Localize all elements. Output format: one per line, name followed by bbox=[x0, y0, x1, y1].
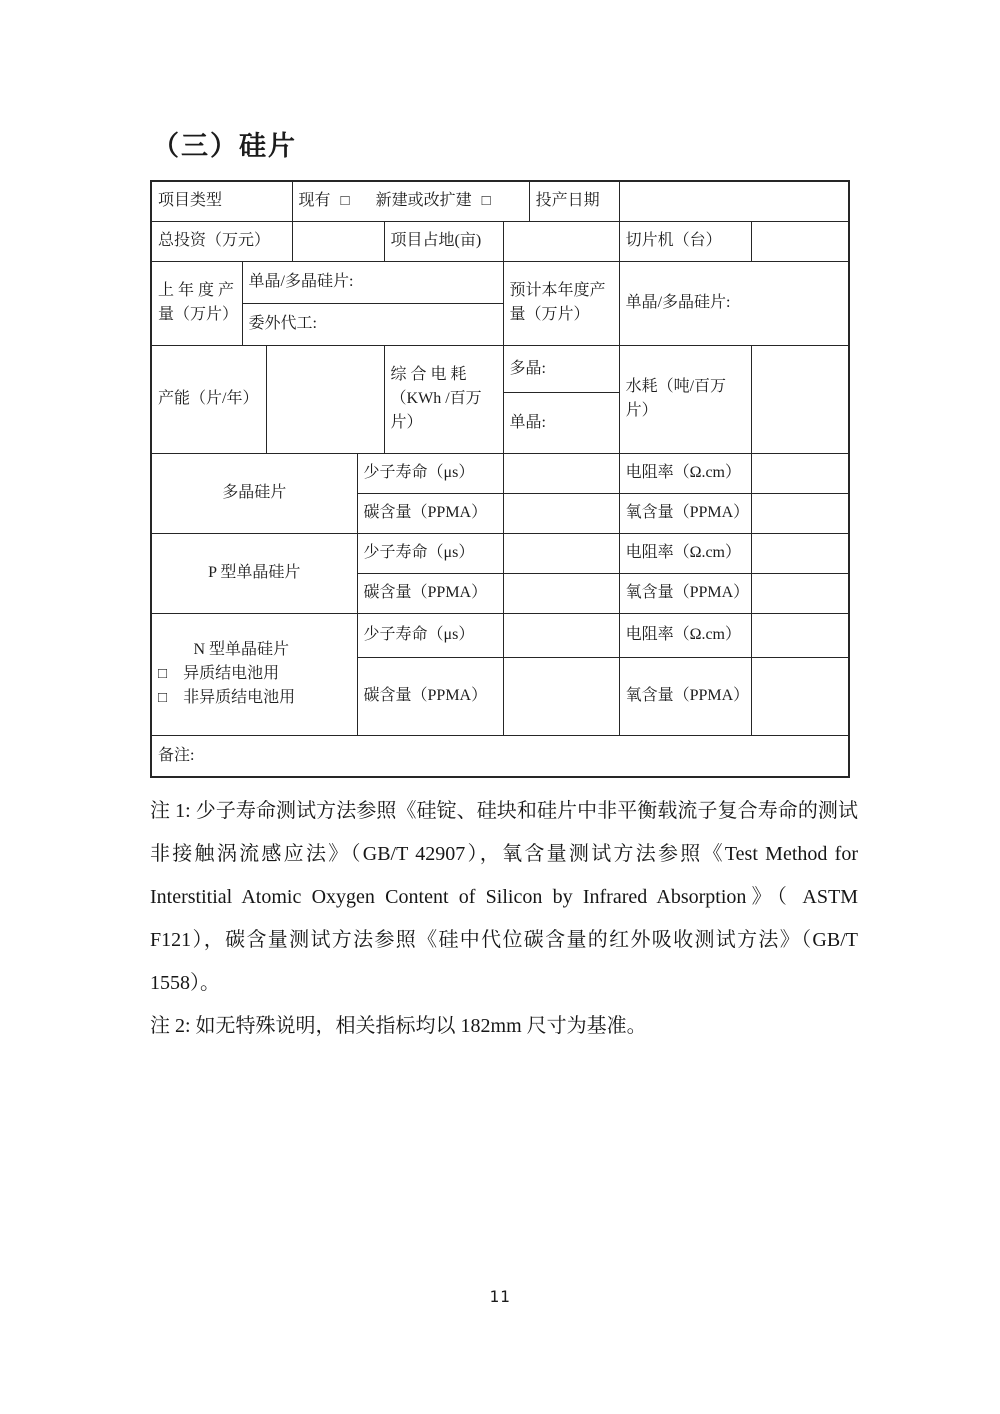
total-investment-value-cell bbox=[292, 221, 384, 261]
mono-power-value-cell: 单晶: bbox=[503, 392, 619, 453]
p-type-carbon-label: 碳含量（PPMA） bbox=[357, 573, 503, 613]
p-type-resistivity-value-cell bbox=[751, 533, 849, 573]
slicer-count-value-cell bbox=[751, 221, 849, 261]
n-type-section-label-cell: N 型单晶硅片 □异质结电池用 □非异质结电池用 bbox=[151, 613, 357, 735]
p-type-oxygen-value-cell bbox=[751, 573, 849, 613]
page-title: （三）硅片 bbox=[152, 124, 858, 163]
existing-checkbox[interactable]: □ bbox=[341, 190, 350, 213]
table-row: 产能（片/年） 综 合 电 耗 （KWh /百万 片） 多晶: 水耗（吨/百万 … bbox=[151, 345, 849, 392]
water-consumption-label: 水耗（吨/百万 片） bbox=[619, 345, 751, 453]
production-date-label: 投产日期 bbox=[529, 181, 619, 221]
notes-section: 注 1: 少子寿命测试方法参照《硅锭、硅块和硅片中非平衡载流子复合寿命的测试 非… bbox=[150, 790, 858, 1048]
project-land-value-cell bbox=[503, 221, 619, 261]
poly-wafer-section-label: 多晶硅片 bbox=[151, 453, 357, 533]
n-type-oxygen-value-cell bbox=[751, 657, 849, 735]
table-row: 上 年 度 产 量（万片） 单晶/多晶硅片: 预计本年度产 量（万片） 单晶/多… bbox=[151, 261, 849, 303]
hjt-checkbox[interactable]: □ bbox=[158, 663, 167, 686]
p-type-lifetime-label: 少子寿命（μs） bbox=[357, 533, 503, 573]
power-consumption-label: 综 合 电 耗 （KWh /百万 片） bbox=[384, 345, 503, 453]
hjt-option-label: 异质结电池用 bbox=[183, 665, 279, 682]
slicer-count-label: 切片机（台） bbox=[619, 221, 751, 261]
poly-lifetime-value-cell bbox=[503, 453, 619, 493]
hjt-option: □异质结电池用 bbox=[158, 662, 351, 686]
note-1: 注 1: 少子寿命测试方法参照《硅锭、硅块和硅片中非平衡载流子复合寿命的测试 非… bbox=[150, 790, 858, 1005]
new-or-expand-option-label: 新建或改扩建 bbox=[376, 192, 472, 209]
poly-power-value-cell: 多晶: bbox=[503, 345, 619, 392]
p-type-lifetime-value-cell bbox=[503, 533, 619, 573]
project-type-options-cell: 现有□新建或改扩建□ bbox=[292, 181, 529, 221]
non-hjt-checkbox[interactable]: □ bbox=[158, 687, 167, 710]
n-type-carbon-value-cell bbox=[503, 657, 619, 735]
poly-resistivity-value-cell bbox=[751, 453, 849, 493]
production-date-value-cell bbox=[619, 181, 849, 221]
p-type-oxygen-label: 氧含量（PPMA） bbox=[619, 573, 751, 613]
this-year-output-label: 预计本年度产 量（万片） bbox=[503, 261, 619, 345]
poly-carbon-value-cell bbox=[503, 493, 619, 533]
remarks-cell: 备注: bbox=[151, 735, 849, 777]
existing-option-label: 现有 bbox=[299, 192, 331, 209]
table-row: 项目类型 现有□新建或改扩建□ 投产日期 bbox=[151, 181, 849, 221]
outsourcing-cell: 委外代工: bbox=[242, 303, 503, 345]
n-type-resistivity-value-cell bbox=[751, 613, 849, 657]
page-number: 11 bbox=[0, 1287, 1000, 1306]
last-year-output-label: 上 年 度 产 量（万片） bbox=[151, 261, 242, 345]
poly-resistivity-label: 电阻率（Ω.cm） bbox=[619, 453, 751, 493]
project-land-label: 项目占地(亩) bbox=[384, 221, 503, 261]
project-type-label: 项目类型 bbox=[151, 181, 292, 221]
table-row: P 型单晶硅片 少子寿命（μs） 电阻率（Ω.cm） bbox=[151, 533, 849, 573]
poly-carbon-label: 碳含量（PPMA） bbox=[357, 493, 503, 533]
poly-lifetime-label: 少子寿命（μs） bbox=[357, 453, 503, 493]
table-row: 备注: bbox=[151, 735, 849, 777]
non-hjt-option-label: 非异质结电池用 bbox=[183, 689, 295, 706]
poly-oxygen-label: 氧含量（PPMA） bbox=[619, 493, 751, 533]
p-type-carbon-value-cell bbox=[503, 573, 619, 613]
new-or-expand-checkbox[interactable]: □ bbox=[482, 190, 491, 213]
n-type-carbon-label: 碳含量（PPMA） bbox=[357, 657, 503, 735]
last-year-wafer-cell: 单晶/多晶硅片: bbox=[242, 261, 503, 303]
this-year-wafer-cell: 单晶/多晶硅片: bbox=[619, 261, 849, 345]
capacity-value-cell bbox=[266, 345, 384, 453]
note-2: 注 2: 如无特殊说明，相关指标均以 182mm 尺寸为基准。 bbox=[150, 1005, 858, 1048]
p-type-resistivity-label: 电阻率（Ω.cm） bbox=[619, 533, 751, 573]
n-type-section-title: N 型单晶硅片 bbox=[158, 638, 351, 662]
n-type-lifetime-value-cell bbox=[503, 613, 619, 657]
poly-oxygen-value-cell bbox=[751, 493, 849, 533]
table-row: N 型单晶硅片 □异质结电池用 □非异质结电池用 少子寿命（μs） 电阻率（Ω.… bbox=[151, 613, 849, 657]
water-value-cell bbox=[751, 345, 849, 453]
n-type-lifetime-label: 少子寿命（μs） bbox=[357, 613, 503, 657]
table-row: 多晶硅片 少子寿命（μs） 电阻率（Ω.cm） bbox=[151, 453, 849, 493]
p-type-section-label: P 型单晶硅片 bbox=[151, 533, 357, 613]
table-row: 总投资（万元） 项目占地(亩) 切片机（台） bbox=[151, 221, 849, 261]
total-investment-label: 总投资（万元） bbox=[151, 221, 292, 261]
silicon-wafer-form-table: 项目类型 现有□新建或改扩建□ 投产日期 总投资（万元） 项目占地(亩) 切片机… bbox=[150, 180, 850, 778]
non-hjt-option: □非异质结电池用 bbox=[158, 686, 351, 710]
n-type-resistivity-label: 电阻率（Ω.cm） bbox=[619, 613, 751, 657]
page-content: （三）硅片 项目类型 现有□新建或改扩建□ 投产日期 总投资（万元） 项目占地(… bbox=[150, 124, 858, 1048]
n-type-oxygen-label: 氧含量（PPMA） bbox=[619, 657, 751, 735]
capacity-label: 产能（片/年） bbox=[151, 345, 266, 453]
